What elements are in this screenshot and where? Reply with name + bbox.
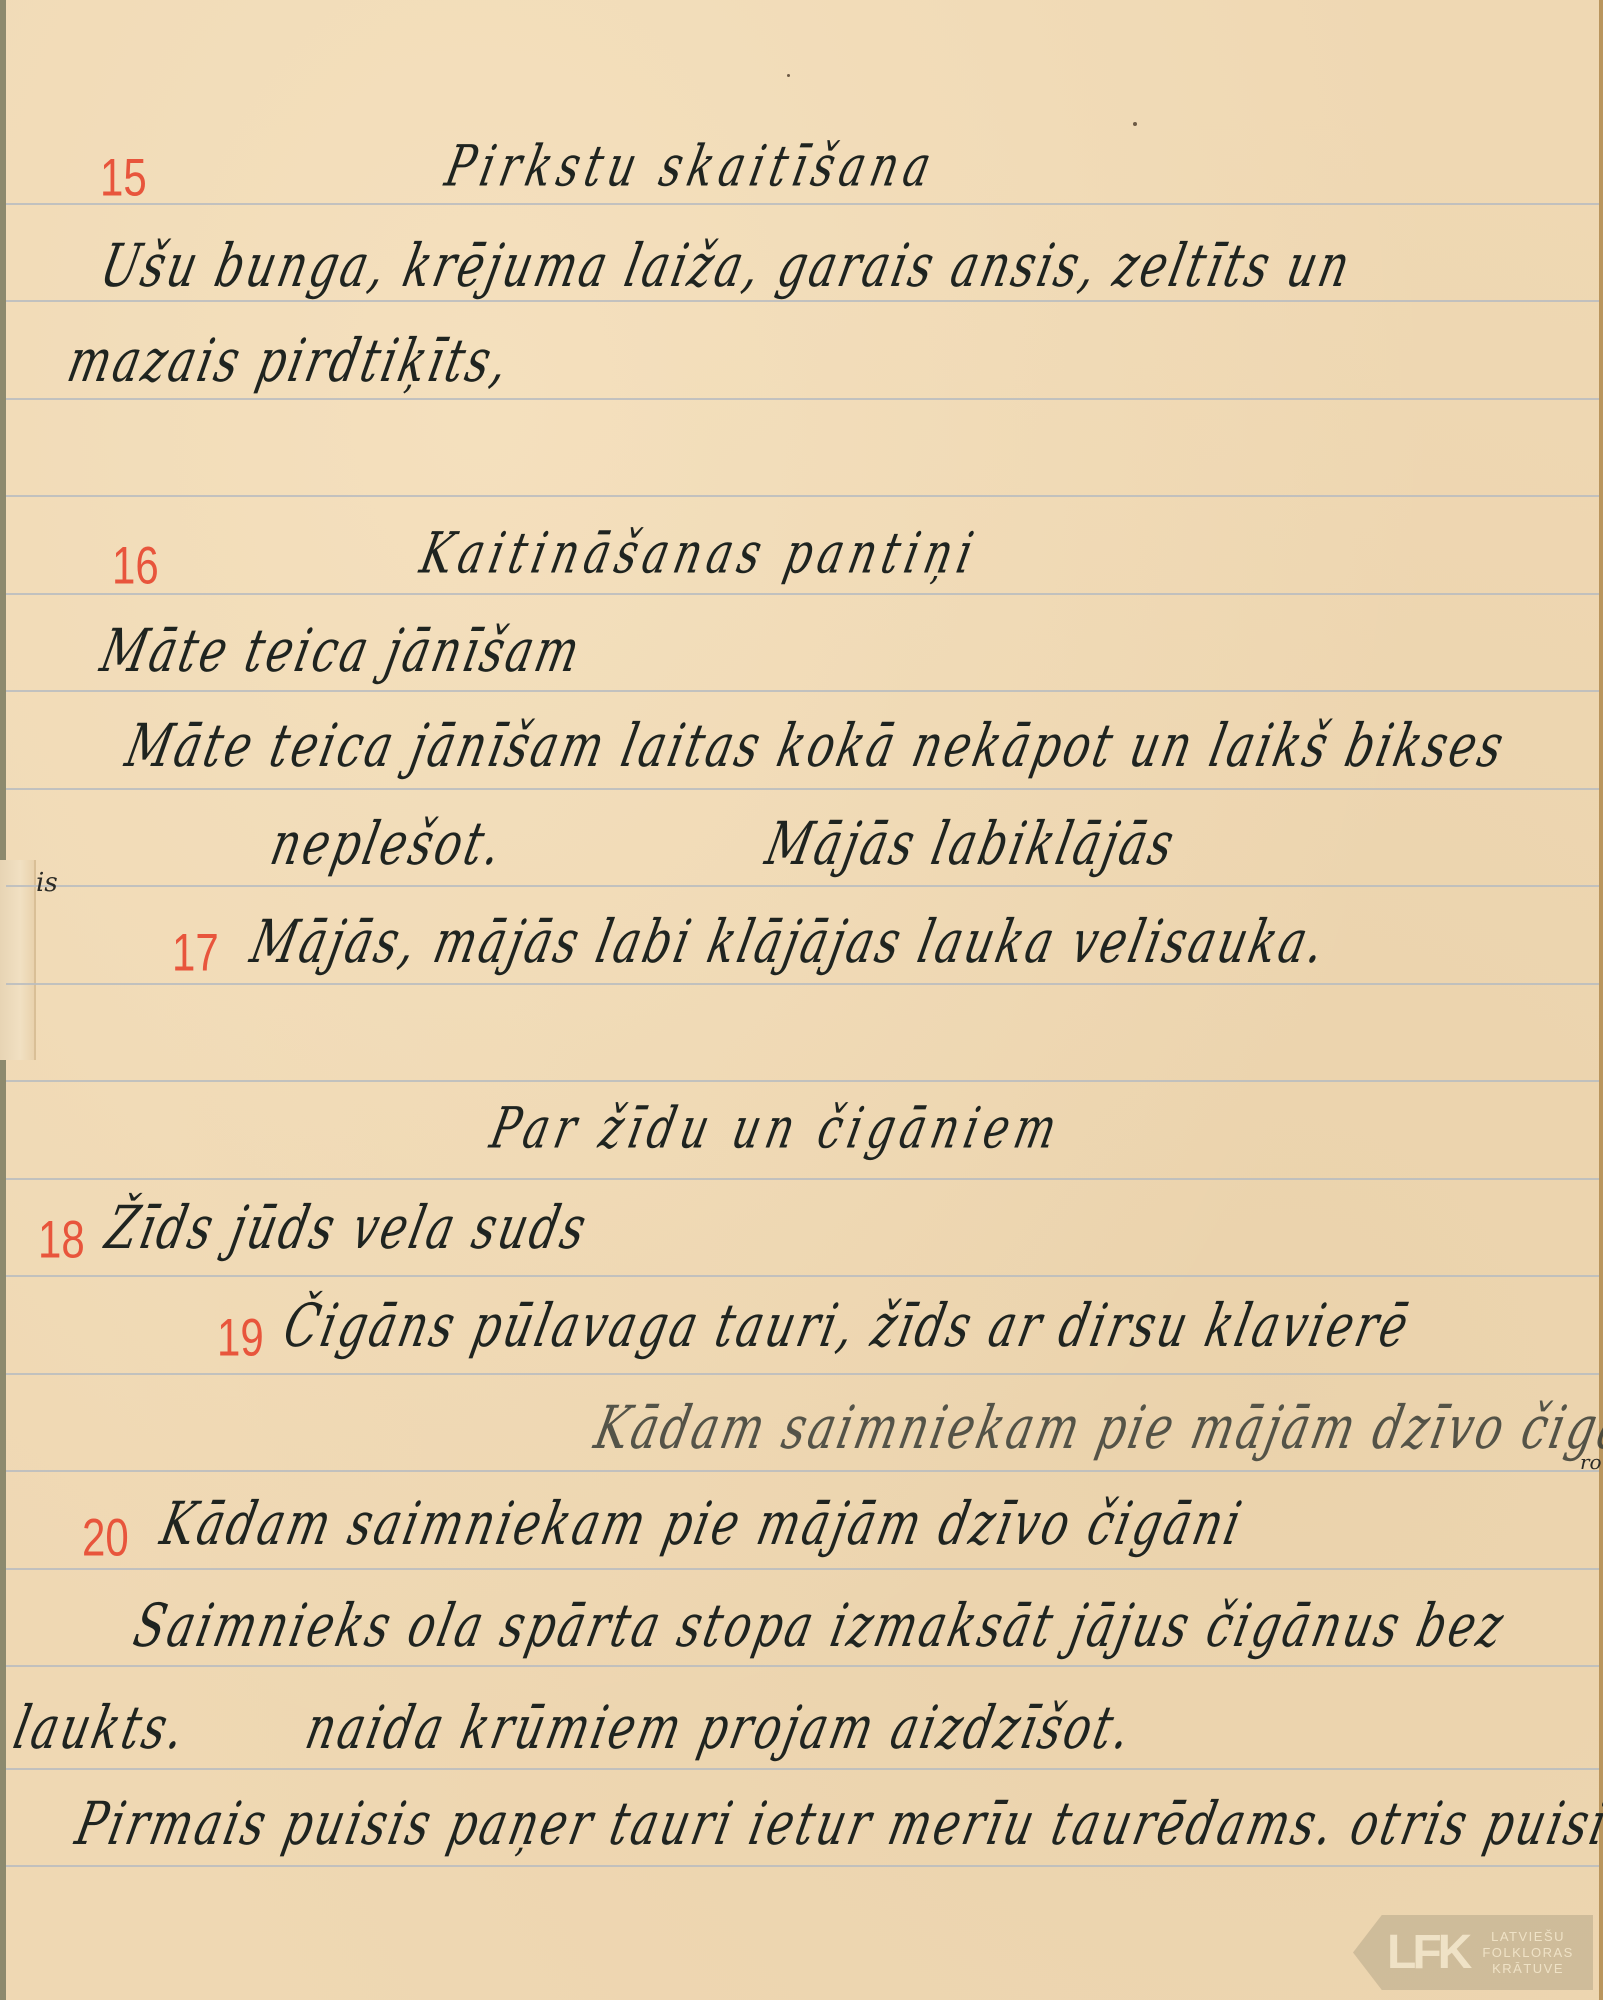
logo-line: LATVIEŠU xyxy=(1482,1929,1574,1945)
paper-speck xyxy=(787,74,790,77)
logo-line: FOLKLORAS xyxy=(1482,1945,1574,1961)
text-line: Māte teica jānīšam xyxy=(95,617,588,686)
ruled-line xyxy=(6,1470,1599,1472)
manuscript-page: 15 Pirkstu skaitīšana Ušu bunga, krējuma… xyxy=(0,0,1603,2000)
ruled-line xyxy=(6,1080,1599,1082)
archive-logo: LFK LATVIEŠU FOLKLORAS KRĀTUVE xyxy=(1353,1915,1593,1990)
text-line: Pirmais puisis paņer tauri ietur merīu t… xyxy=(70,1790,1603,1859)
item-number: 20 xyxy=(82,1508,129,1568)
ruled-line xyxy=(6,593,1599,595)
section-title: Par žīdu un čigāniem xyxy=(485,1095,1068,1161)
item-number: 15 xyxy=(100,148,147,208)
inserted-text-line: Kādam saimniekam pie mājām dzīvo čigāni xyxy=(589,1394,1603,1463)
text-line: Čigāns pūlavaga tauri, žīds ar dirsu kla… xyxy=(278,1292,1417,1361)
ruled-line xyxy=(6,203,1599,205)
logo-text: LATVIEŠU FOLKLORAS KRĀTUVE xyxy=(1482,1929,1574,1977)
section-title: Pirkstu skaitīšana xyxy=(440,133,943,199)
text-line: neplešot. xyxy=(265,810,510,879)
page-edge xyxy=(1599,0,1603,2000)
text-line: mazais pirdtiķīts, xyxy=(62,327,517,396)
item-number: 16 xyxy=(112,536,159,596)
ruled-line xyxy=(6,398,1599,400)
ruled-line xyxy=(6,1665,1599,1667)
logo-line: KRĀTUVE xyxy=(1482,1961,1574,1977)
paper-speck xyxy=(1133,122,1137,126)
ruled-line xyxy=(6,1178,1599,1180)
ruled-line xyxy=(6,1373,1599,1375)
text-line: Kādam saimniekam pie mājām dzīvo čigāni xyxy=(155,1490,1250,1559)
margin-fragment: ro xyxy=(1580,1450,1602,1474)
item-number: 17 xyxy=(172,923,219,983)
item-number: 19 xyxy=(217,1308,264,1368)
ruled-line xyxy=(6,495,1599,497)
folded-paper-strip xyxy=(0,860,36,1060)
text-line: naida krūmiem projam aizdzīšot. xyxy=(300,1694,1139,1763)
text-line: Māte teica jānīšam laitas kokā nekāpot u… xyxy=(120,712,1512,781)
text-line: Saimnieks ola spārta stopa izmaksāt jāju… xyxy=(128,1592,1512,1661)
ruled-line xyxy=(6,788,1599,790)
ruled-line xyxy=(6,1768,1599,1770)
text-line: Mājās labiklājās xyxy=(760,810,1182,879)
section-title: Kaitināšanas pantiņi xyxy=(415,520,985,586)
text-line: laukts. xyxy=(8,1694,193,1763)
ruled-line xyxy=(6,1568,1599,1570)
ruled-line xyxy=(6,1865,1599,1867)
ruled-line xyxy=(6,1275,1599,1277)
ruled-line xyxy=(6,690,1599,692)
item-number: 18 xyxy=(38,1210,85,1270)
ruled-line xyxy=(6,885,1599,887)
text-line: Ušu bunga, krējuma laiža, garais ansis, … xyxy=(95,232,1358,301)
lfk-logo-icon: LFK xyxy=(1387,1925,1468,1980)
margin-fragment: is xyxy=(36,868,58,898)
ruled-line xyxy=(6,983,1599,985)
text-line: Mājās, mājās labi klājājas lauka velisau… xyxy=(245,908,1333,977)
text-line: Žīds jūds vela suds xyxy=(100,1194,595,1263)
